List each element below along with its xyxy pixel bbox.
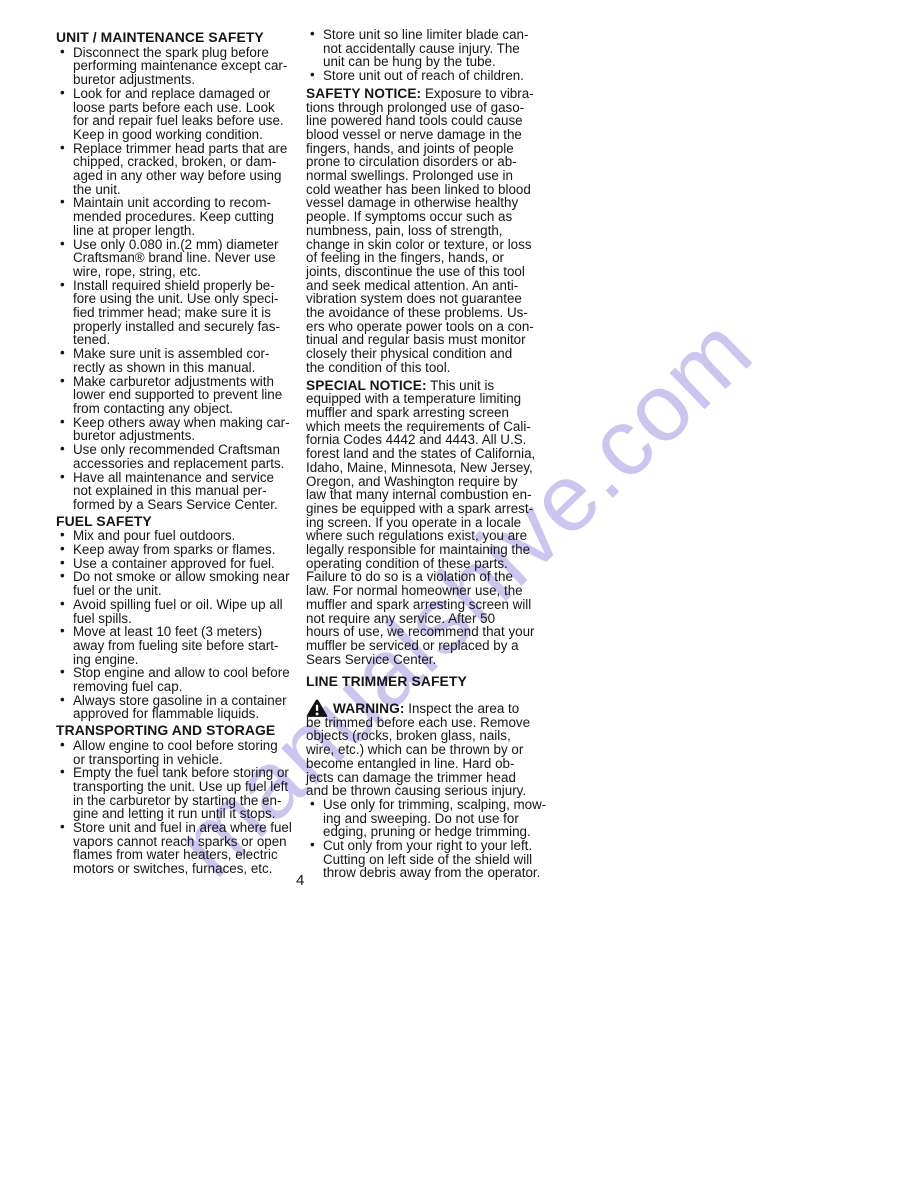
- list-item: •Do not smoke or allow smoking near fuel…: [56, 570, 306, 597]
- bullet-list: •Disconnect the spark plug before perfor…: [56, 46, 306, 512]
- list-item-text: Use only for trimming, scalping, mow- in…: [323, 797, 546, 839]
- list-item: •Stop engine and allow to cool before re…: [56, 666, 306, 693]
- bullet-icon: •: [60, 820, 65, 834]
- list-item-text: Use only 0.080 in.(2 mm) diameter Crafts…: [73, 237, 278, 279]
- bullet-icon: •: [60, 470, 65, 484]
- list-item: •Use a container approved for fuel.: [56, 557, 306, 571]
- list-item-text: Replace trimmer head parts that are chip…: [73, 141, 287, 197]
- list-item: •Avoid spilling fuel or oil. Wipe up all…: [56, 598, 306, 625]
- page-number: 4: [296, 872, 304, 889]
- list-item-text: Install required shield properly be- for…: [73, 278, 280, 348]
- list-item: •Store unit so line limiter blade can- n…: [306, 28, 556, 69]
- bullet-icon: •: [310, 68, 315, 82]
- list-item-text: Keep others away when making car- bureto…: [73, 415, 290, 444]
- list-item-text: Make carburetor adjustments with lower e…: [73, 374, 282, 416]
- list-item: •Keep away from sparks or flames.: [56, 543, 306, 557]
- bullet-icon: •: [60, 278, 65, 292]
- list-item: •Move at least 10 feet (3 meters) away f…: [56, 625, 306, 666]
- bullet-icon: •: [60, 86, 65, 100]
- bullet-icon: •: [60, 597, 65, 611]
- list-item: •Replace trimmer head parts that are chi…: [56, 142, 306, 197]
- list-item-text: Store unit out of reach of children.: [323, 68, 524, 83]
- notice-text: Exposure to vibra- tions through prolong…: [306, 86, 534, 375]
- list-item-text: Do not smoke or allow smoking near fuel …: [73, 569, 290, 598]
- bullet-icon: •: [60, 141, 65, 155]
- section-heading: TRANSPORTING AND STORAGE: [56, 724, 306, 738]
- list-item-text: Have all maintenance and service not exp…: [73, 470, 278, 512]
- bullet-icon: •: [60, 415, 65, 429]
- list-item: •Empty the fuel tank before storing or t…: [56, 766, 306, 821]
- bullet-icon: •: [60, 45, 65, 59]
- bullet-list: •Allow engine to cool before storing or …: [56, 739, 306, 876]
- section-heading: FUEL SAFETY: [56, 515, 306, 529]
- bullet-icon: •: [60, 346, 65, 360]
- manual-page: manualshive.com UNIT / MAINTENANCE SAFET…: [0, 0, 918, 1188]
- list-item-text: Cut only from your right to your left. C…: [323, 838, 540, 880]
- list-item: •Always store gasoline in a container ap…: [56, 694, 306, 721]
- bullet-icon: •: [60, 542, 65, 556]
- list-item: •Maintain unit according to recom- mende…: [56, 196, 306, 237]
- list-item: •Use only 0.080 in.(2 mm) diameter Craft…: [56, 238, 306, 279]
- list-item-text: Avoid spilling fuel or oil. Wipe up all …: [73, 597, 283, 626]
- bullet-icon: •: [310, 797, 315, 811]
- list-item: •Cut only from your right to your left. …: [306, 839, 556, 880]
- list-item: •Install required shield properly be- fo…: [56, 279, 306, 348]
- list-item: •Make sure unit is assembled cor- rectly…: [56, 347, 306, 374]
- bullet-icon: •: [60, 195, 65, 209]
- list-item: •Use only for trimming, scalping, mow- i…: [306, 798, 556, 839]
- bullet-icon: •: [60, 693, 65, 707]
- list-item: •Keep others away when making car- buret…: [56, 416, 306, 443]
- notice-paragraph: SAFETY NOTICE: Exposure to vibra- tions …: [306, 87, 556, 375]
- bullet-list: •Mix and pour fuel outdoors.•Keep away f…: [56, 529, 306, 721]
- list-item-text: Always store gasoline in a container app…: [73, 693, 287, 722]
- list-item-text: Move at least 10 feet (3 meters) away fr…: [73, 624, 278, 666]
- list-item-text: Allow engine to cool before storing or t…: [73, 738, 278, 767]
- bullet-icon: •: [310, 27, 315, 41]
- bullet-icon: •: [60, 556, 65, 570]
- page-columns: UNIT / MAINTENANCE SAFETY•Disconnect the…: [56, 28, 556, 880]
- bullet-icon: •: [60, 569, 65, 583]
- list-item-text: Use only recommended Craftsman accessori…: [73, 442, 284, 471]
- warning-triangle-icon: [306, 699, 328, 719]
- bullet-icon: •: [60, 665, 65, 679]
- list-item: •Allow engine to cool before storing or …: [56, 739, 306, 766]
- bullet-icon: •: [60, 374, 65, 388]
- list-item: •Use only recommended Craftsman accessor…: [56, 443, 306, 470]
- warning-text: Inspect the area to be trimmed before ea…: [306, 701, 530, 798]
- list-item: •Disconnect the spark plug before perfor…: [56, 46, 306, 87]
- bullet-icon: •: [60, 738, 65, 752]
- section-heading: UNIT / MAINTENANCE SAFETY: [56, 31, 306, 45]
- section-heading: LINE TRIMMER SAFETY: [306, 675, 556, 689]
- column-left: UNIT / MAINTENANCE SAFETY•Disconnect the…: [56, 28, 306, 880]
- list-item-text: Stop engine and allow to cool before rem…: [73, 665, 290, 694]
- list-item: •Store unit and fuel in area where fuel …: [56, 821, 306, 876]
- list-item-text: Look for and replace damaged or loose pa…: [73, 86, 284, 142]
- list-item: •Make carburetor adjustments with lower …: [56, 375, 306, 416]
- bullet-icon: •: [60, 624, 65, 638]
- warning-paragraph: WARNING: Inspect the area to be trimmed …: [306, 702, 556, 798]
- bullet-icon: •: [60, 442, 65, 456]
- list-item-text: Make sure unit is assembled cor- rectly …: [73, 346, 269, 375]
- list-item-text: Maintain unit according to recom- mended…: [73, 195, 274, 237]
- list-item-text: Empty the fuel tank before storing or tr…: [73, 765, 289, 821]
- list-item: •Have all maintenance and service not ex…: [56, 471, 306, 512]
- list-item: •Store unit out of reach of children.: [306, 69, 556, 83]
- notice-text: This unit is equipped with a temperature…: [306, 378, 535, 667]
- bullet-icon: •: [60, 765, 65, 779]
- list-item-text: Store unit and fuel in area where fuel v…: [73, 820, 292, 876]
- bullet-icon: •: [60, 528, 65, 542]
- column-right: •Store unit so line limiter blade can- n…: [306, 28, 556, 880]
- notice-paragraph: SPECIAL NOTICE: This unit is equipped wi…: [306, 379, 556, 667]
- list-item: •Mix and pour fuel outdoors.: [56, 529, 306, 543]
- bullet-icon: •: [60, 237, 65, 251]
- bullet-list: •Store unit so line limiter blade can- n…: [306, 28, 556, 83]
- list-item-text: Disconnect the spark plug before perform…: [73, 45, 287, 87]
- list-item-text: Store unit so line limiter blade can- no…: [323, 27, 528, 69]
- list-item: •Look for and replace damaged or loose p…: [56, 87, 306, 142]
- bullet-icon: •: [310, 838, 315, 852]
- bullet-list: •Use only for trimming, scalping, mow- i…: [306, 798, 556, 880]
